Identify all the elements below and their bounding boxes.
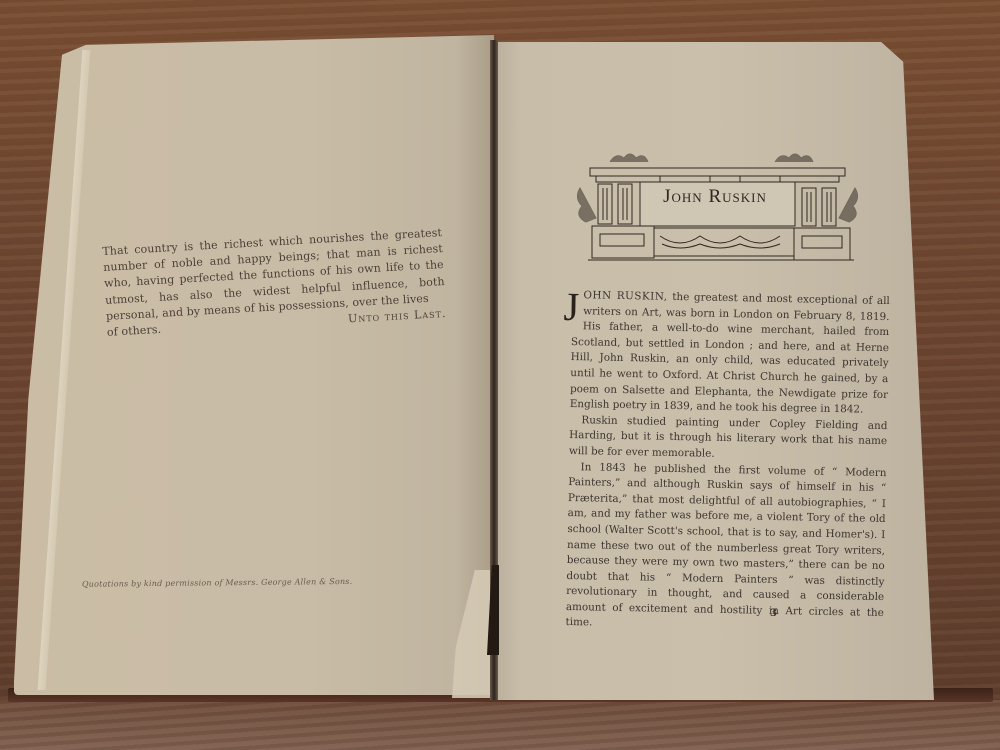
- decorative-headpiece: John Ruskin: [570, 148, 865, 266]
- paragraph-lead: OHN RUSKIN,: [583, 289, 667, 303]
- paragraph-text: the greatest and most exceptional of all…: [570, 291, 890, 416]
- paragraph-2: Ruskin studied painting under Copley Fie…: [569, 413, 888, 466]
- page-number: 3: [770, 608, 777, 619]
- epigraph: That country is the richest which nouris…: [102, 225, 447, 341]
- paragraph-3: In 1843 he published the first volume of…: [565, 459, 886, 637]
- paragraph-1: J OHN RUSKIN, the greatest and most exce…: [570, 288, 890, 419]
- biography-text: J OHN RUSKIN, the greatest and most exce…: [565, 288, 890, 637]
- left-page: [14, 35, 494, 695]
- headpiece-title: John Ruskin: [640, 186, 790, 208]
- table-surface: [0, 700, 1000, 750]
- drop-cap: J: [563, 290, 579, 324]
